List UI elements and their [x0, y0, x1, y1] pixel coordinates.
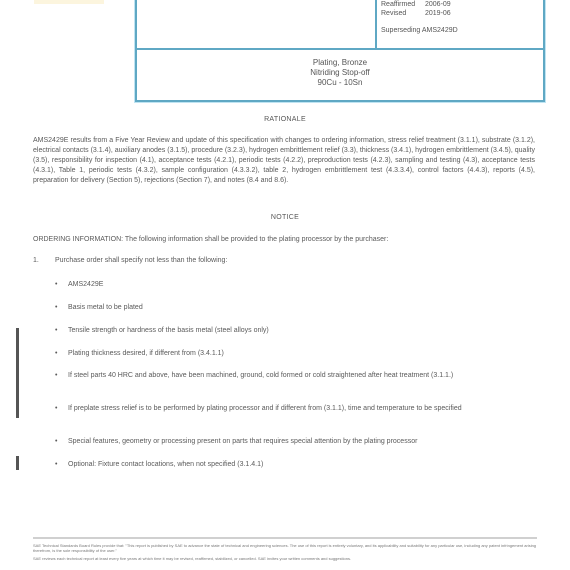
list-item: •Tensile strength or hardness of the bas…	[55, 326, 535, 336]
list-item-text: If preplate stress relief is to be perfo…	[68, 404, 535, 414]
ordering-information: ORDERING INFORMATION: The following info…	[33, 236, 388, 243]
document-header-box: Reaffirmed 2006-09 Revised 2019-06 Super…	[135, 0, 545, 102]
list-item-text: Special features, geometry or processing…	[68, 437, 535, 447]
list-item: •Plating thickness desired, if different…	[55, 349, 535, 359]
bullet-icon: •	[55, 326, 57, 336]
header-doc-number-cell	[137, 0, 377, 48]
title-line: Plating, Bronze	[137, 58, 543, 68]
meta-revised: Revised 2019-06	[381, 9, 458, 18]
list-item: •AMS2429E	[55, 280, 535, 290]
list-item-text: If steel parts 40 HRC and above, have be…	[68, 371, 535, 381]
header-top-row: Reaffirmed 2006-09 Revised 2019-06 Super…	[137, 0, 543, 50]
bullet-icon: •	[55, 303, 57, 313]
meta-label: Reaffirmed	[381, 0, 425, 9]
footer-divider	[33, 537, 537, 539]
bullet-icon: •	[55, 349, 57, 359]
sae-logo-fragment	[34, 0, 104, 4]
numbered-item: 1.Purchase order shall specify not less …	[33, 257, 227, 264]
footer-text: SAE Technical Standards Board Rules prov…	[33, 543, 537, 553]
meta-reaffirmed: Reaffirmed 2006-09	[381, 0, 458, 9]
bullet-icon: •	[55, 437, 57, 447]
bullet-icon: •	[55, 460, 57, 470]
document-title: Plating, Bronze Nitriding Stop-off 90Cu …	[137, 58, 543, 88]
bullet-icon: •	[55, 280, 57, 290]
list-item: •Basis metal to be plated	[55, 303, 535, 313]
bullet-icon: •	[55, 371, 57, 381]
header-meta: Reaffirmed 2006-09 Revised 2019-06 Super…	[381, 0, 458, 35]
rationale-heading: RATIONALE	[0, 116, 570, 123]
item-text: Purchase order shall specify not less th…	[55, 257, 227, 264]
superseding-note: Superseding AMS2429D	[381, 26, 458, 35]
rationale-text: AMS2429E results from a Five Year Review…	[33, 136, 535, 186]
meta-value: 2019-06	[425, 9, 451, 18]
footer-text: SAE reviews each technical report at lea…	[33, 556, 537, 561]
bullet-icon: •	[55, 404, 57, 414]
revision-change-bar	[16, 456, 19, 470]
list-item-text: Plating thickness desired, if different …	[68, 349, 535, 359]
meta-value: 2006-09	[425, 0, 451, 9]
list-item: •Optional: Fixture contact locations, wh…	[55, 460, 535, 470]
list-item: •Special features, geometry or processin…	[55, 437, 535, 447]
notice-heading: NOTICE	[0, 214, 570, 221]
list-item-text: Tensile strength or hardness of the basi…	[68, 326, 535, 336]
list-item: •If steel parts 40 HRC and above, have b…	[55, 371, 535, 381]
revision-change-bar	[16, 328, 19, 418]
title-line: Nitriding Stop-off	[137, 68, 543, 78]
list-item-text: Basis metal to be plated	[68, 303, 535, 313]
title-line: 90Cu - 10Sn	[137, 78, 543, 88]
list-item: •If preplate stress relief is to be perf…	[55, 404, 535, 414]
list-item-text: AMS2429E	[68, 280, 535, 290]
list-item-text: Optional: Fixture contact locations, whe…	[68, 460, 535, 470]
item-number: 1.	[33, 257, 55, 264]
meta-label: Revised	[381, 9, 425, 18]
